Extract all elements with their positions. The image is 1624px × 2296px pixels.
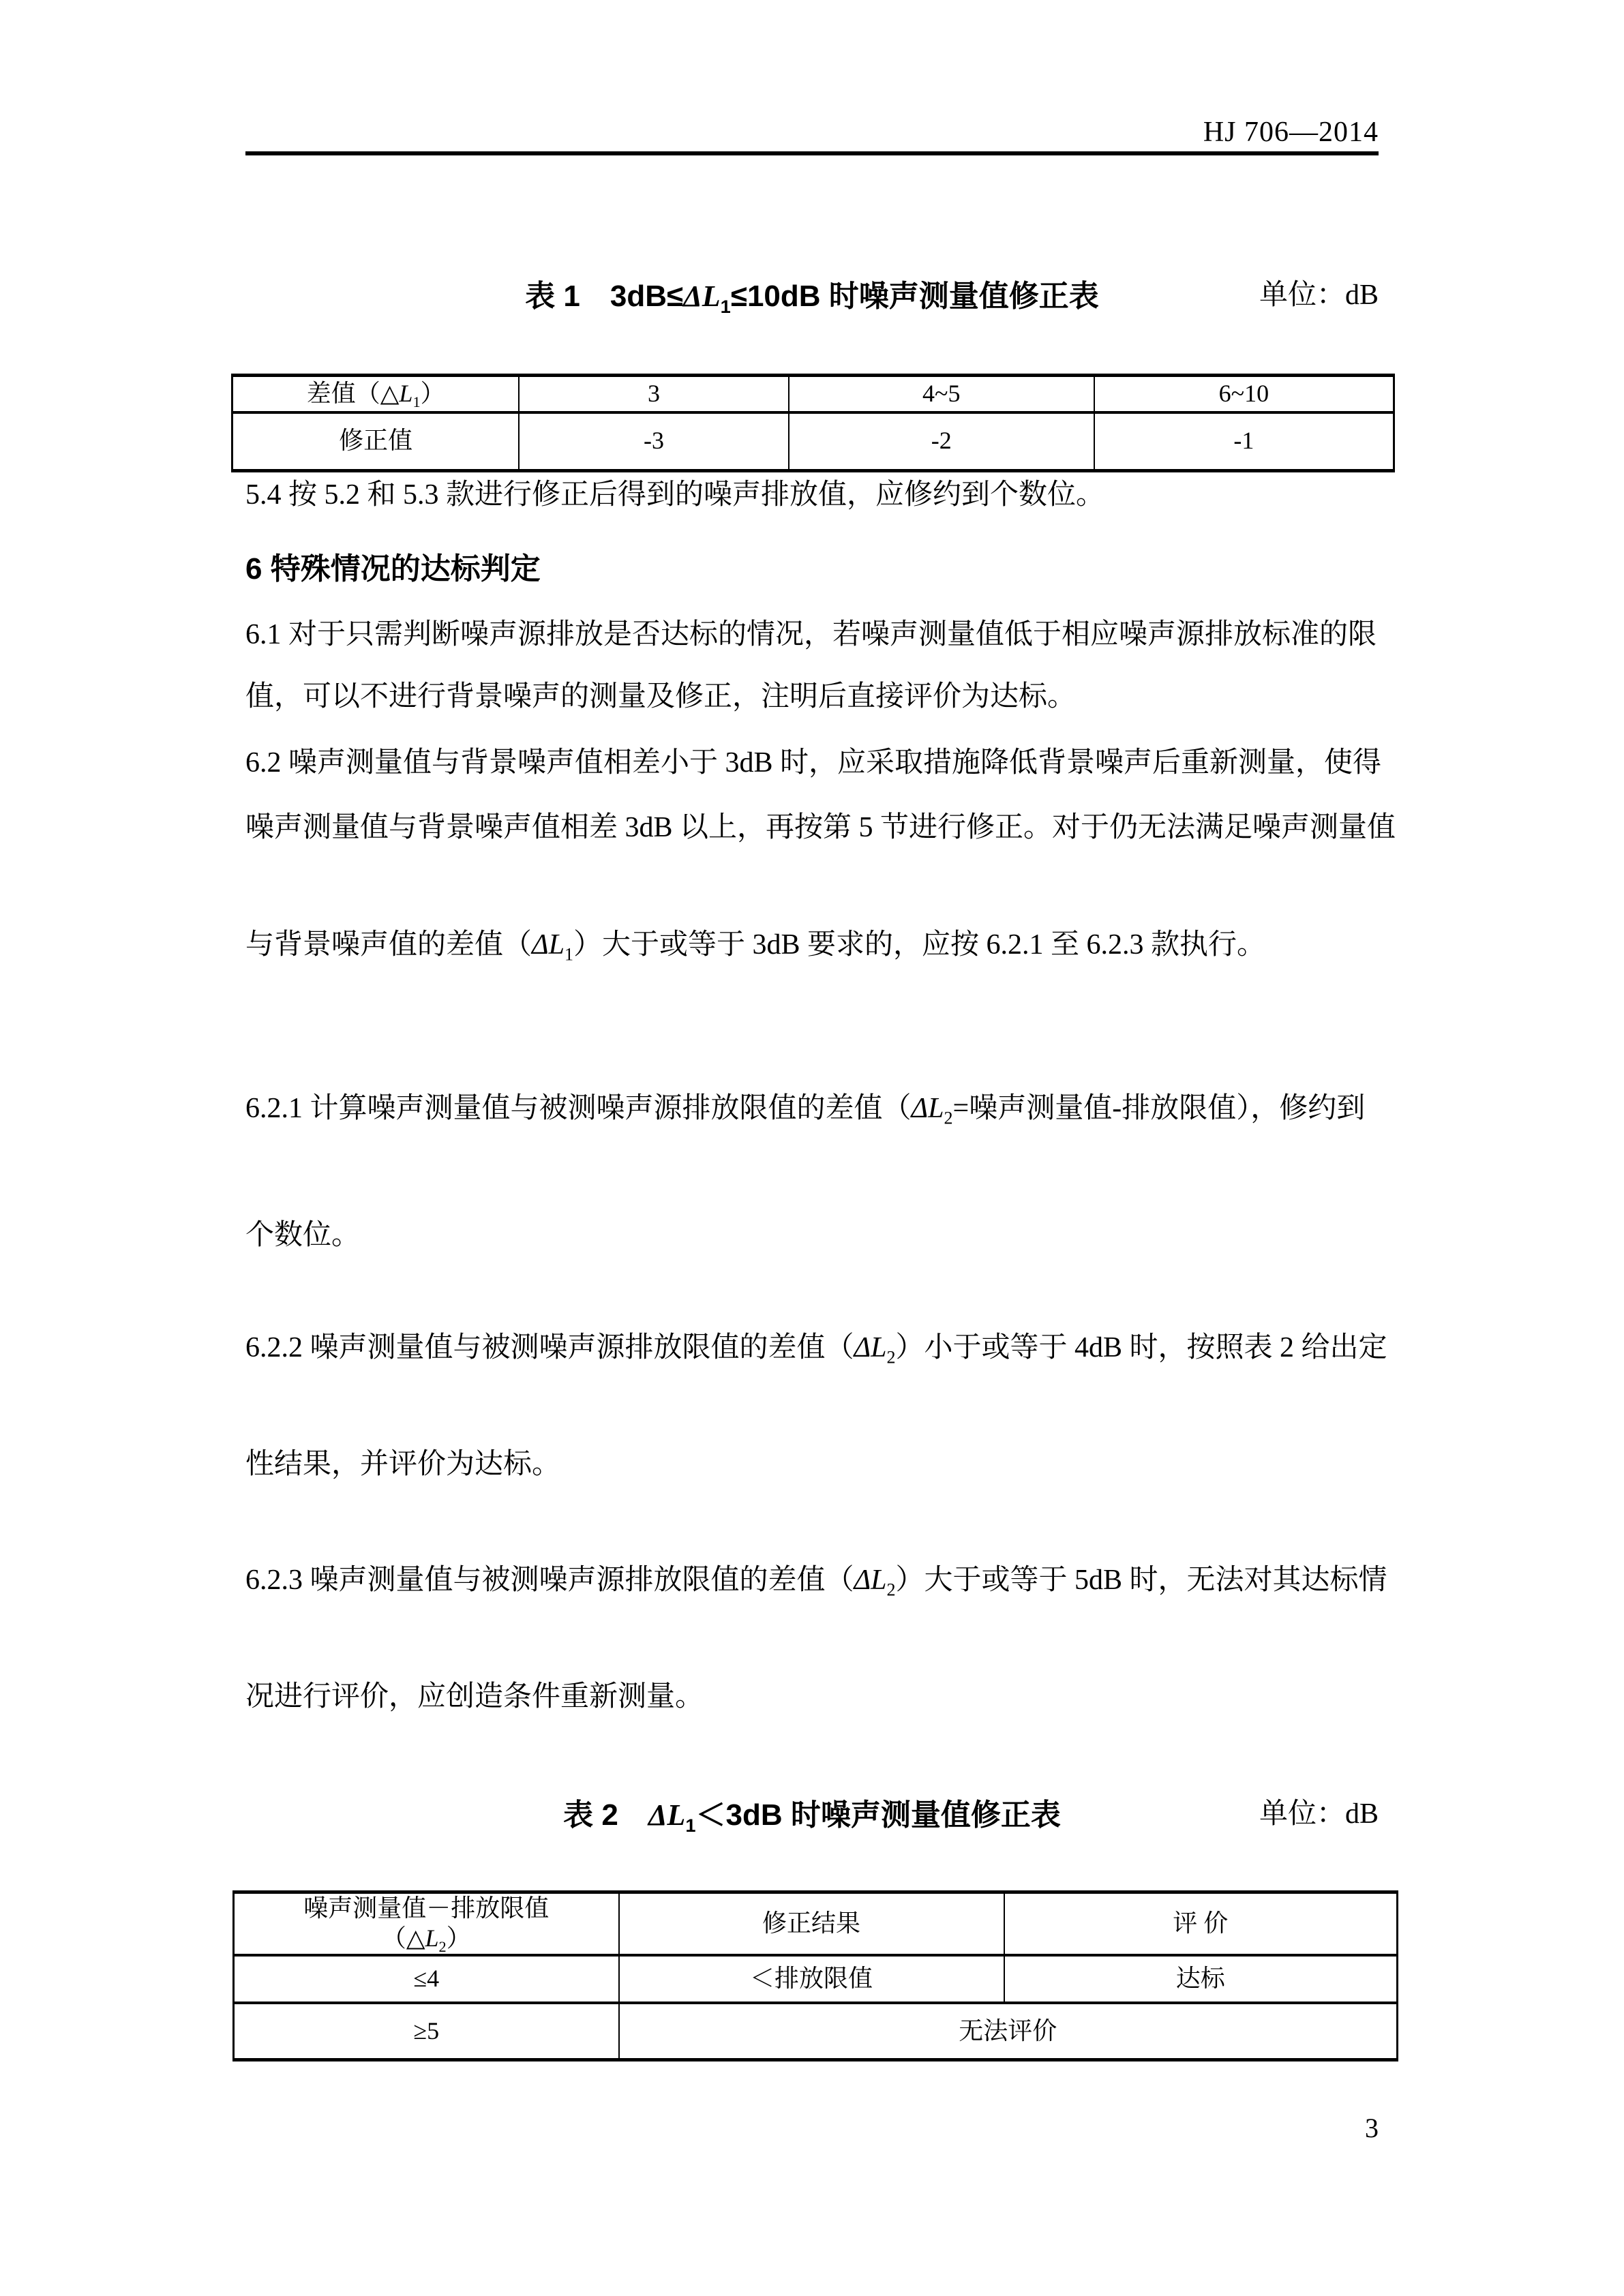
- table1-cell-diff-4to5: 4~5: [789, 376, 1094, 412]
- standard-number: HJ 706—2014: [1203, 116, 1379, 149]
- paragraph-6-2-line3: 与背景噪声值的差值（ΔL1）大于或等于 3dB 要求的，应按 6.2.1 至 6…: [245, 922, 1265, 963]
- paragraph-6-2-1-line2: 个数位。: [245, 1212, 360, 1253]
- table2-caption-row: 表 2 ΔL1＜3dB 时噪声测量值修正表 单位：dB: [245, 1790, 1379, 1834]
- table1-row-header: 差值（△L1） 3 4~5 6~10: [232, 376, 1394, 412]
- table2: 噪声测量值－排放限值 （△L2） 修正结果 评 价 ≤4 ＜排放限值 达标 ≥5…: [232, 1890, 1398, 2061]
- paragraph-5-4: 5.4 按 5.2 和 5.3 款进行修正后得到的噪声排放值，应修约到个数位。: [245, 472, 1104, 513]
- paragraph-6-2-3-line1: 6.2.3 噪声测量值与被测噪声源排放限值的差值（ΔL2）大于或等于 5dB 时…: [245, 1557, 1387, 1598]
- table2-header-evaluation: 评 价: [1004, 1892, 1398, 1955]
- table2-header-diff: 噪声测量值－排放限值 （△L2）: [234, 1892, 619, 1955]
- table1-caption-row: 表 1 3dB≤ΔL1≤10dB 时噪声测量值修正表 单位：dB: [245, 271, 1379, 315]
- paragraph-6-2-2-line1: 6.2.2 噪声测量值与被测噪声源排放限值的差值（ΔL2）小于或等于 4dB 时…: [245, 1325, 1387, 1365]
- table1: 差值（△L1） 3 4~5 6~10 修正值 -3 -2 -1: [231, 374, 1395, 472]
- paragraph-6-1-line2: 值，可以不进行背景噪声的测量及修正，注明后直接评价为达标。: [245, 674, 1076, 714]
- paragraph-6-2-2-line2: 性结果，并评价为达标。: [245, 1441, 560, 1482]
- page-number: 3: [1365, 2112, 1379, 2144]
- table2-row-le4: ≤4 ＜排放限值 达标: [234, 1955, 1398, 2003]
- table2-caption: 表 2 ΔL1＜3dB 时噪声测量值修正表: [245, 1790, 1379, 1834]
- table2-cell-dabiao: 达标: [1004, 1955, 1398, 2003]
- table2-header-diff-line1: 噪声测量值－排放限值: [235, 1894, 618, 1924]
- table2-header-diff-line2: （△L2）: [235, 1924, 618, 1954]
- document-page: HJ 706—2014 表 1 3dB≤ΔL1≤10dB 时噪声测量值修正表 单…: [0, 0, 1624, 2296]
- paragraph-6-2-3-line2: 况进行评价，应创造条件重新测量。: [245, 1674, 704, 1715]
- table2-unit: 单位：dB: [1259, 1791, 1379, 1832]
- header-rule: [245, 151, 1379, 155]
- table1-cell-corr-2: -2: [789, 412, 1094, 471]
- table1-caption: 表 1 3dB≤ΔL1≤10dB 时噪声测量值修正表: [245, 271, 1379, 315]
- table1-cell-diff-3: 3: [519, 376, 788, 412]
- table1-cell-corr-3: -3: [519, 412, 788, 471]
- table1-cell-diff-6to10: 6~10: [1094, 376, 1394, 412]
- paragraph-6-2-line1: 6.2 噪声测量值与背景噪声值相差小于 3dB 时，应采取措施降低背景噪声后重新…: [245, 740, 1381, 781]
- table2-row-ge5: ≥5 无法评价: [234, 2003, 1398, 2060]
- table2-row-header: 噪声测量值－排放限值 （△L2） 修正结果 评 价: [234, 1892, 1398, 1955]
- table1-cell-corr-label: 修正值: [232, 412, 520, 471]
- table2-cell-cannot-evaluate: 无法评价: [619, 2003, 1398, 2060]
- table2-header-result: 修正结果: [619, 1892, 1004, 1955]
- paragraph-6-2-1-line1: 6.2.1 计算噪声测量值与被测噪声源排放限值的差值（ΔL2=噪声测量值-排放限…: [245, 1085, 1365, 1126]
- table1-cell-corr-1: -1: [1094, 412, 1394, 471]
- paragraph-6-1-line1: 6.1 对于只需判断噪声源排放是否达标的情况，若噪声测量值低于相应噪声源排放标准…: [245, 611, 1377, 652]
- table2-cell-below-limit: ＜排放限值: [619, 1955, 1004, 2003]
- table2-cell-le4: ≤4: [234, 1955, 619, 2003]
- paragraph-6-2-line2: 噪声测量值与背景噪声值相差 3dB 以上，再按第 5 节进行修正。对于仍无法满足…: [245, 804, 1396, 845]
- table1-unit: 单位：dB: [1259, 272, 1379, 313]
- table2-cell-ge5: ≥5: [234, 2003, 619, 2060]
- section-heading-6: 6 特殊情况的达标判定: [245, 544, 541, 588]
- table1-row-correction: 修正值 -3 -2 -1: [232, 412, 1394, 471]
- table1-cell-diff-label: 差值（△L1）: [232, 376, 520, 412]
